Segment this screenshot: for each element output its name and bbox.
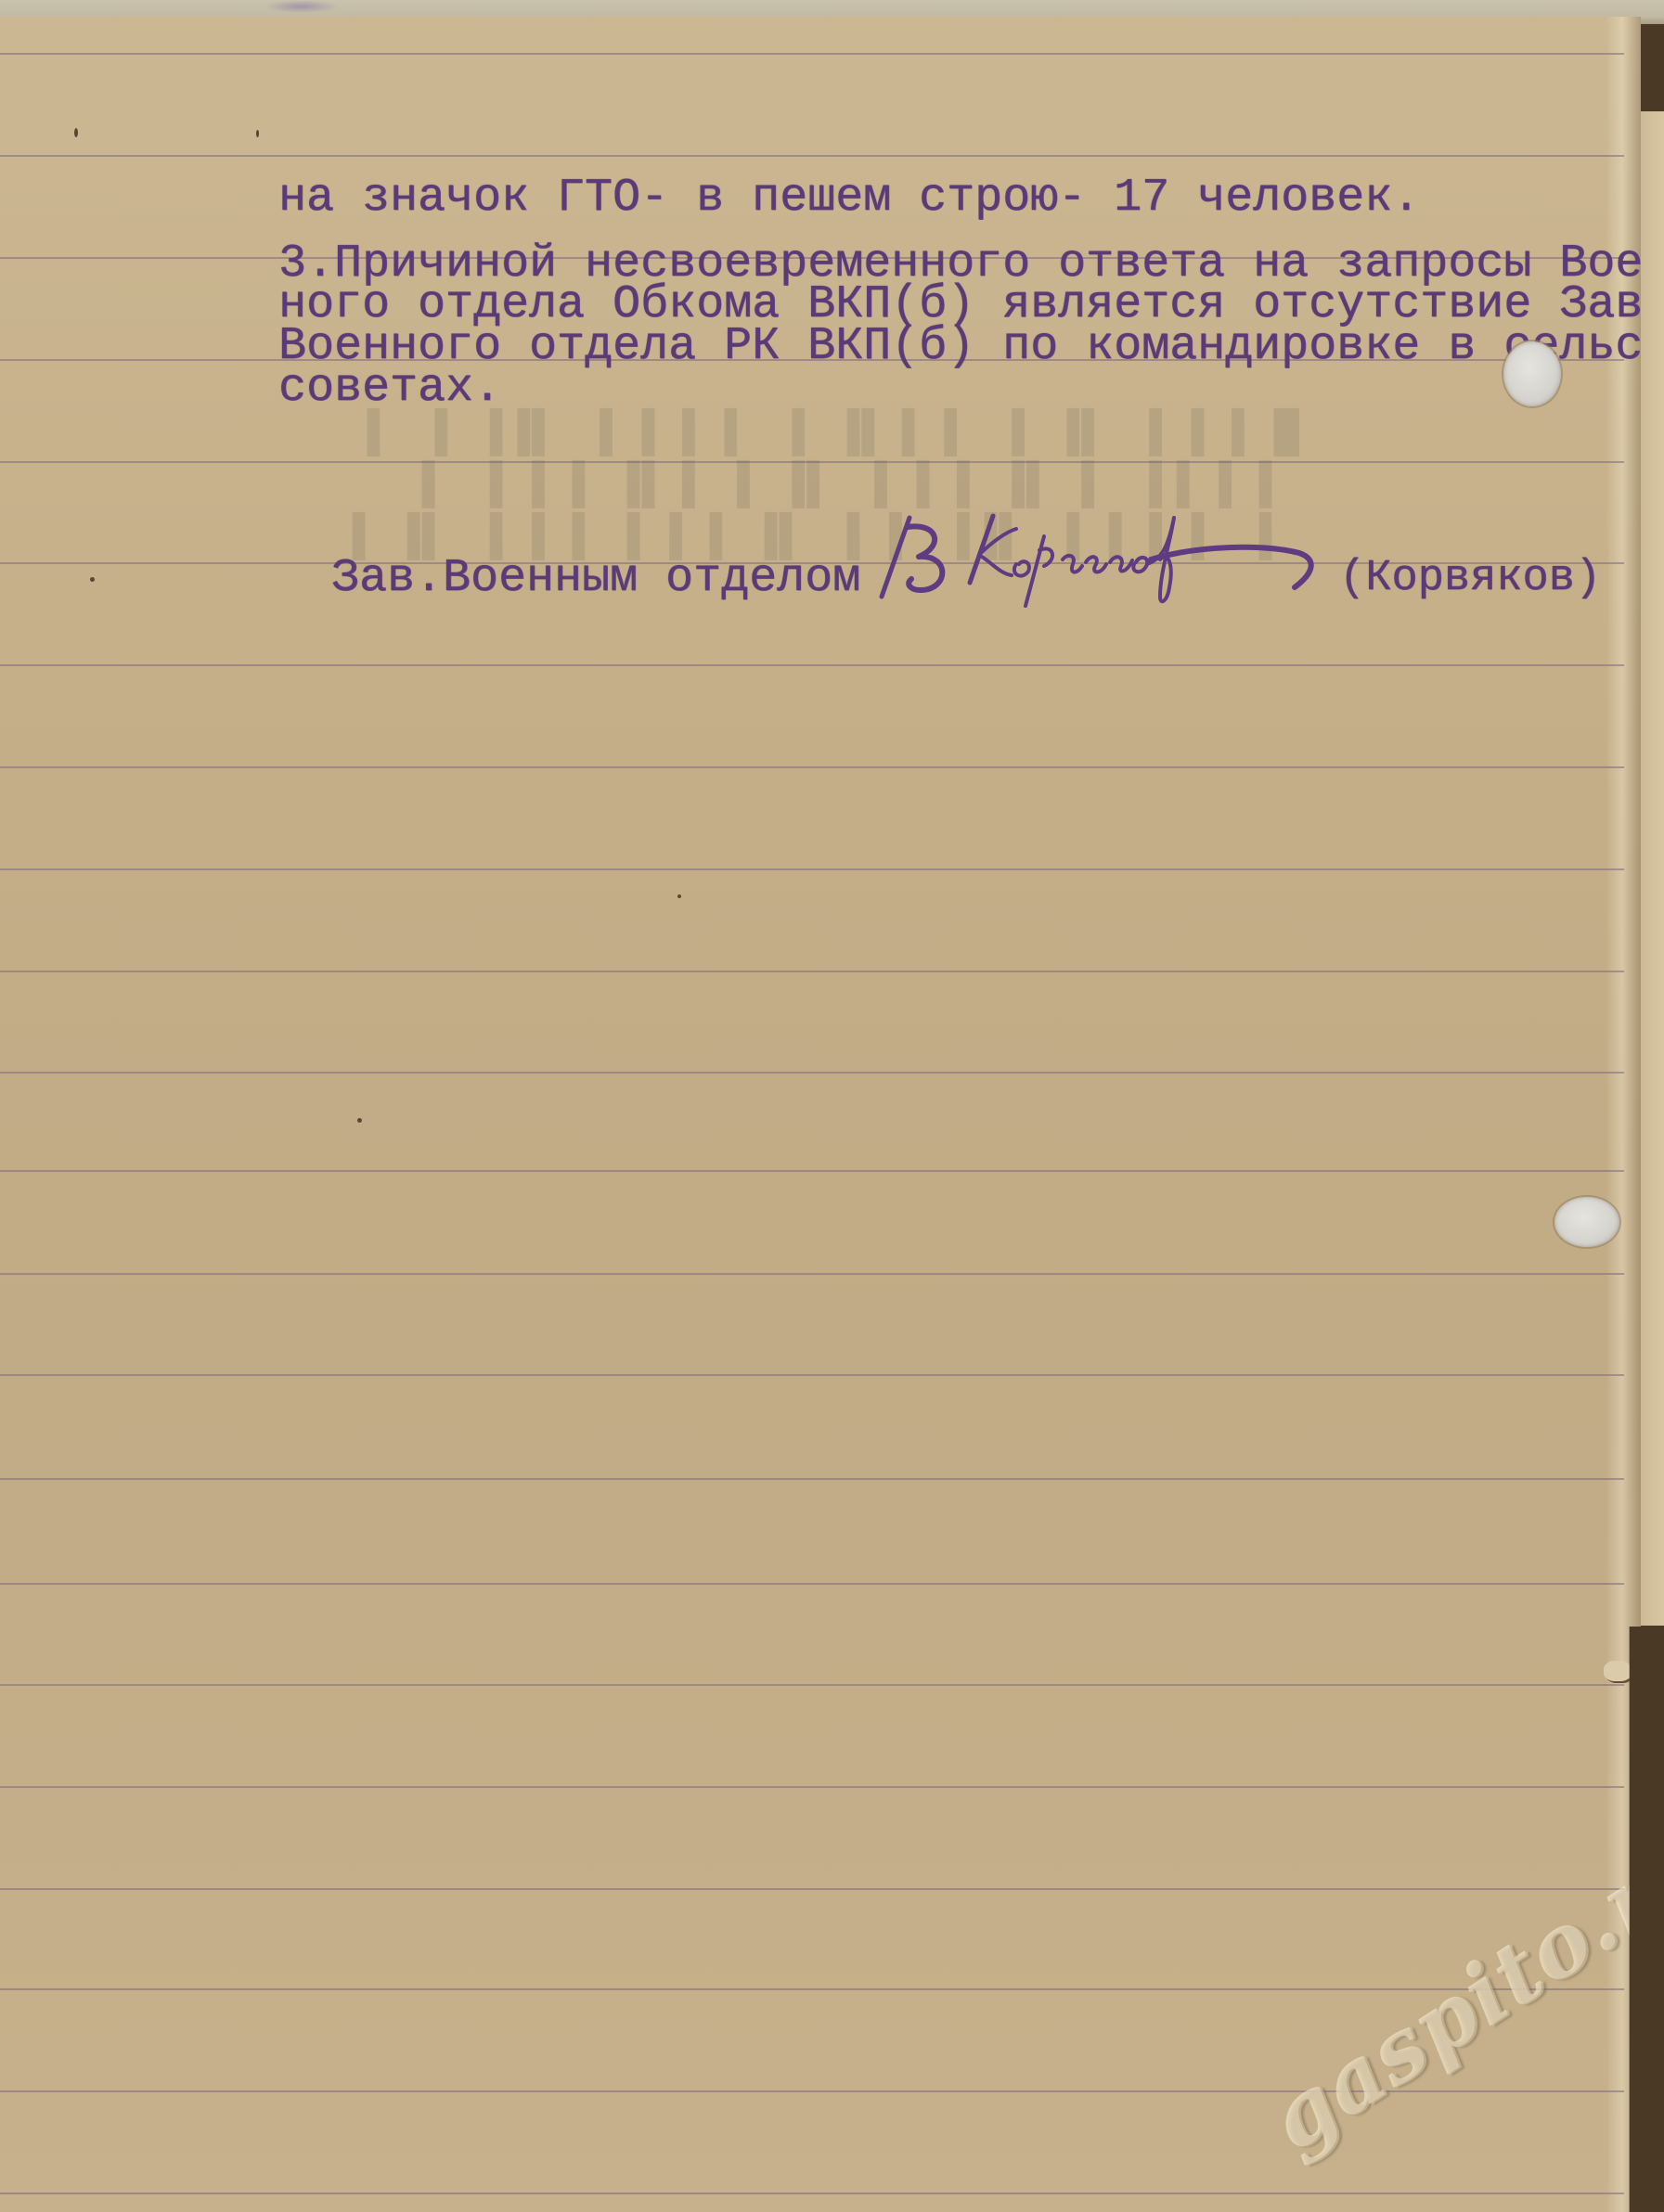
ruled-line	[0, 1988, 1624, 1990]
ruled-line	[0, 2193, 1624, 2194]
ink-mark	[264, 0, 339, 13]
ruled-line	[0, 1273, 1624, 1275]
ruled-line	[0, 1786, 1624, 1788]
paper-speck	[256, 130, 259, 137]
ruled-line	[0, 1583, 1624, 1585]
typed-name: (Корвяков)	[1339, 556, 1601, 602]
watermark: gaspito.ru	[1254, 1811, 1664, 2170]
ruled-line	[0, 1072, 1624, 1074]
ruled-line	[0, 1374, 1624, 1376]
paper-speck	[90, 577, 95, 582]
body-line-1: на значок ГТО- в пешем строю- 17 человек…	[278, 175, 1420, 222]
ruled-line	[0, 1170, 1624, 1172]
paper-tear	[1604, 1661, 1632, 1681]
paper-speck	[357, 1118, 362, 1123]
signature-title: Зав.Военным отделом	[331, 556, 860, 602]
paper-speck	[677, 894, 681, 898]
ruled-line	[0, 53, 1624, 55]
ruled-line	[0, 868, 1624, 870]
ruled-line	[0, 1478, 1624, 1480]
paper-speck	[74, 128, 78, 137]
handwritten-signature	[854, 508, 1318, 615]
punch-hole	[1554, 1197, 1619, 1247]
ruled-line	[0, 1888, 1624, 1890]
ruled-line	[0, 1684, 1624, 1686]
punch-hole	[1503, 341, 1561, 406]
ruled-line	[0, 155, 1624, 157]
ruled-line	[0, 766, 1624, 768]
ruled-line	[0, 971, 1624, 972]
ruled-line	[0, 664, 1624, 666]
body-line-5: советах.	[278, 366, 501, 412]
document-page: █ ▌▐ ▌ ▐▌ ▌ ▐ ▌▐▌ ▌ ▐ ▌▐ ▌ ▐▌▌ ▌ ▐ ▌▐ ▌▌…	[0, 17, 1641, 2212]
